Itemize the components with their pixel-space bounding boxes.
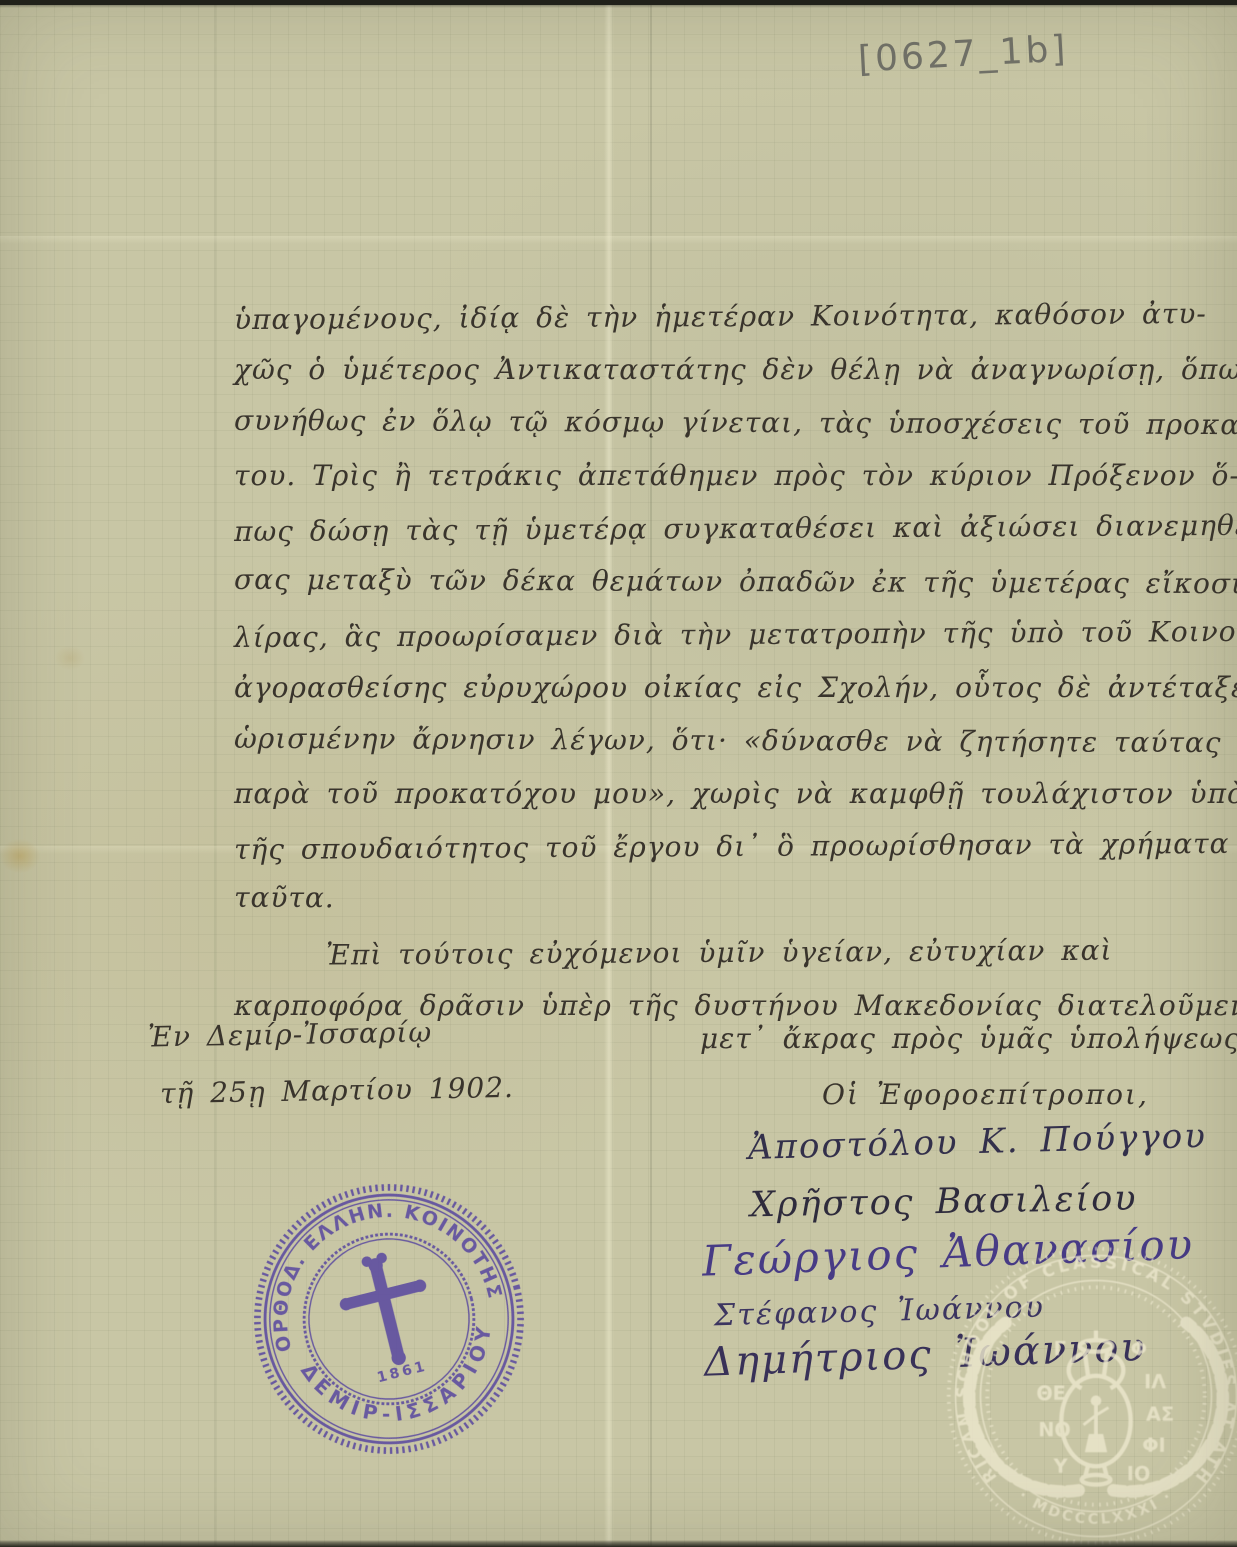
fold-crease-horizontal-top: [0, 236, 1237, 244]
date-line: τῇ 25ῃ Μαρτίου 1902.: [160, 1071, 514, 1110]
coin-letter: Υ: [1053, 1455, 1069, 1478]
signature: Χρῆστος Βασιλείου: [750, 1179, 1138, 1226]
body-line: ταῦτα.: [234, 871, 1234, 928]
coin-letter: ΑΣ: [1146, 1403, 1174, 1426]
body-line: σας μεταξὺ τῶν δέκα θεμάτων ὀπαδῶν ἐκ τῆ…: [234, 553, 1234, 610]
body-line: Ἐπὶ τούτοις εὐχόμενοι ὑμῖν ὑγείαν, εὐτυχ…: [234, 923, 1234, 982]
fold-line-vertical-faint: [214, 0, 216, 1547]
community-ink-stamp: · ΟΡΘΟΔ. ΕΛΛΗΝ. ΚΟΙΝΟΤΗΣ · ΔΕΜΙΡ-ΙΣΣΑΡΙΟ…: [216, 1146, 563, 1493]
coin-letter: ΝΟ: [1038, 1418, 1070, 1441]
signature: Ἀποστόλου Κ. Πούγγου: [748, 1116, 1208, 1168]
coin-letter: ΙΟ: [1127, 1463, 1151, 1486]
coin-letter: ΙΛ: [1144, 1370, 1166, 1393]
catalog-number: [0627_1b]: [857, 29, 1069, 81]
stamp-seal: · ΟΡΘΟΔ. ΕΛΛΗΝ. ΚΟΙΝΟΤΗΣ · ΔΕΜΙΡ-ΙΣΣΑΡΙΟ…: [216, 1146, 563, 1493]
coin-letter: Φ: [1131, 1338, 1147, 1361]
body-line: του. Τρὶς ἢ τετράκις ἀπετάθημεν πρὸς τὸν…: [234, 449, 1234, 502]
athena-figure-icon: [1083, 1396, 1108, 1452]
svg-text:ΔΕΜΙΡ-ΙΣΣΑΡΙΟΥ: ΔΕΜΙΡ-ΙΣΣΑΡΙΟΥ: [294, 1314, 515, 1448]
body-line: συνήθως ἐν ὅλῳ τῷ κόσμῳ γίνεται, τὰς ὑπο…: [234, 394, 1234, 451]
body-line: τῆς σπουδαιότητος τοῦ ἔργου δι᾽ ὃ προωρί…: [234, 817, 1234, 876]
body-line: λίρας, ἃς προωρίσαμεν διὰ τὴν μετατροπὴν…: [234, 605, 1234, 664]
body-line: πως δώσῃ τὰς τῇ ὑμετέρᾳ συγκαταθέσει καὶ…: [234, 499, 1234, 558]
watermark-seal: AMERICAN SCHOOL OF CLASSICAL STVDIES AT …: [942, 1242, 1237, 1547]
signatories-heading: Οἱ Ἐφοροεπίτροποι,: [822, 1078, 1149, 1111]
body-line: παρὰ τοῦ προκατόχου μου», χωρὶς νὰ καμφθ…: [234, 767, 1234, 820]
body-line: χῶς ὁ ὑμέτερος Ἀντικαταστάτης δὲν θέλῃ ν…: [234, 343, 1234, 396]
stamp-arc-bottom-text: ΔΕΜΙΡ-ΙΣΣΑΡΙΟΥ: [294, 1314, 515, 1448]
scanned-letter-page: { "page": { "catalog_number": "[0627_1b]…: [0, 0, 1237, 1547]
body-line: ὡρισμένην ἄρνησιν λέγων, ὅτι· «δύνασθε ν…: [234, 712, 1234, 769]
stamp-cross-icon: [331, 1245, 443, 1375]
coin-letter: ΘΕ: [1036, 1382, 1066, 1405]
paper-stain: [0, 832, 48, 880]
body-line: ὑπαγομένους, ἰδίᾳ δὲ τὴν ἡμετέραν Κοινότ…: [234, 287, 1234, 346]
body-line: ἀγορασθείσης εὐρυχώρου οἰκίας εἰς Σχολήν…: [234, 661, 1234, 714]
valediction-line: μετ᾽ ἄκρας πρὸς ὑμᾶς ὑπολήψεως,: [700, 1022, 1237, 1055]
paper-stain: [48, 640, 92, 676]
ascsa-watermark-seal: AMERICAN SCHOOL OF CLASSICAL STVDIES AT …: [942, 1242, 1237, 1547]
scan-top-edge: [0, 0, 1237, 8]
coin-letter: ΦΙ: [1142, 1434, 1166, 1457]
scan-bottom-edge: [0, 1540, 1237, 1547]
coin-letter: Γ: [1054, 1338, 1066, 1361]
place-line: Ἐν Δεμίρ-Ἰσσαρίῳ: [148, 1016, 433, 1054]
letter-body: ὑπαγομένους, ἰδίᾳ δὲ τὴν ἡμετέραν Κοινότ…: [234, 290, 1234, 1032]
